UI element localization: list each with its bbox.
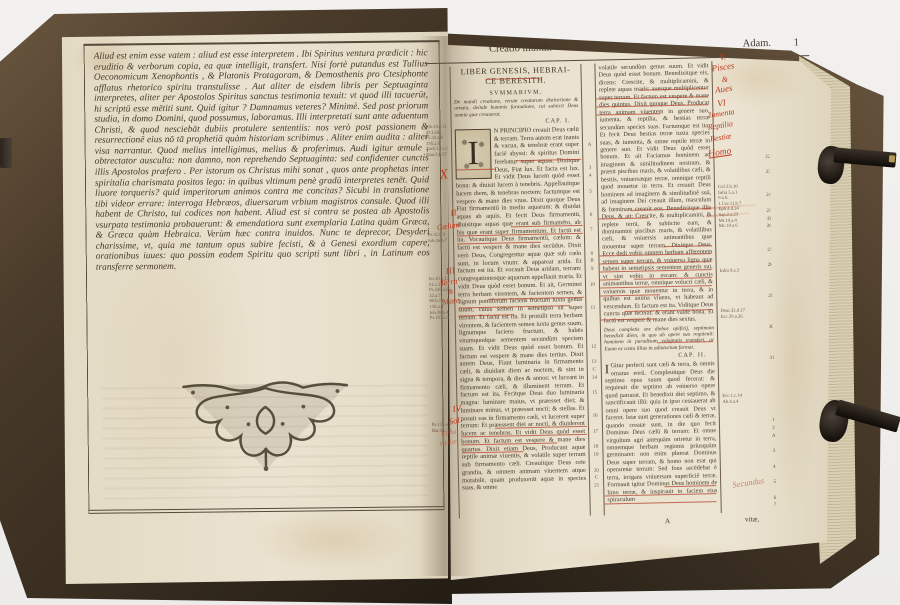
tailpiece-ornament [170,375,361,477]
header-right-title: Adam. [743,38,772,50]
margin-ref-block: Deut.32.d.17 Ecc.39.a.26 [721,308,746,320]
column-2: volatile secundùm genus suum. Et vidit D… [595,61,721,515]
margin-ref-block: Ps.32.b.9 Iob.26.b.7 [428,233,447,245]
genesis-column1-text: IN PRINCIPIO creauit Deus cælū & terram.… [455,126,587,493]
left-page-text-frame: Aliud est enim esse vatem : aliud est es… [84,40,445,514]
woodcut-initial: I [455,129,492,180]
chapter2-heading: CAP. II. [604,351,706,360]
chapter2-summary: Deus completis sex diebus opificij, sept… [604,325,715,352]
chapter1-heading: CAP. I. [455,117,571,126]
chapter2-initial: I [605,362,610,376]
summary-heading: SVMMARIVM. [454,88,578,98]
ms-note-day3-ampersand: & [448,287,455,296]
ms-note-day2-numeral: II [450,207,457,218]
folio-number: 1 [794,37,799,48]
right-page-text-block: Creatio mundi. Adam. 1 Iob.14.c.11 47.f.… [423,28,825,541]
ms-note-day1-lux-mark: X [439,167,450,184]
ms-note-day4-numeral: IV [452,403,462,414]
ms-note-day4-sol: Sol [448,415,460,426]
genesis-chapter2-text: IGitur perfecti sunt cæli & terra, & omn… [605,360,718,504]
clasp-catch-left [0,138,12,168]
signature-mark: A [665,517,670,525]
chapter2-body: Gitur perfecti sunt cæli & terra, & omni… [605,360,717,503]
running-header: Creatio mundi. Adam. 1 [423,37,815,61]
ms-note-day6-numeral: VI [717,97,727,108]
catchword: vitæ, [745,515,759,523]
margin-ref-block: Iob.14.c.11 47.f.26 Ps.32.a.6 135.a.5 Za… [426,125,449,159]
margin-ref-block: Ecc.1.c.14 Ab.4.a.4 [722,394,742,406]
chapter1-summary: De mundi creatione, rerum creatarum dist… [454,97,578,118]
margin-ref-block: Infra 9.a.3 [720,269,740,275]
verse-numbers-col2: 22 23 24 25 D 26 27 28 29 30 31 1 2 A 3 … [762,138,777,510]
book-photograph: Aliud est enim esse vatem : aliud est es… [0,0,900,605]
ms-note-day3-numeral: III [445,265,455,276]
clasp-tip-brass [889,155,896,162]
preface-text: Aliud est enim esse vatem : aliud est es… [94,48,431,371]
header-left-title: Creatio mundi. [489,42,552,54]
